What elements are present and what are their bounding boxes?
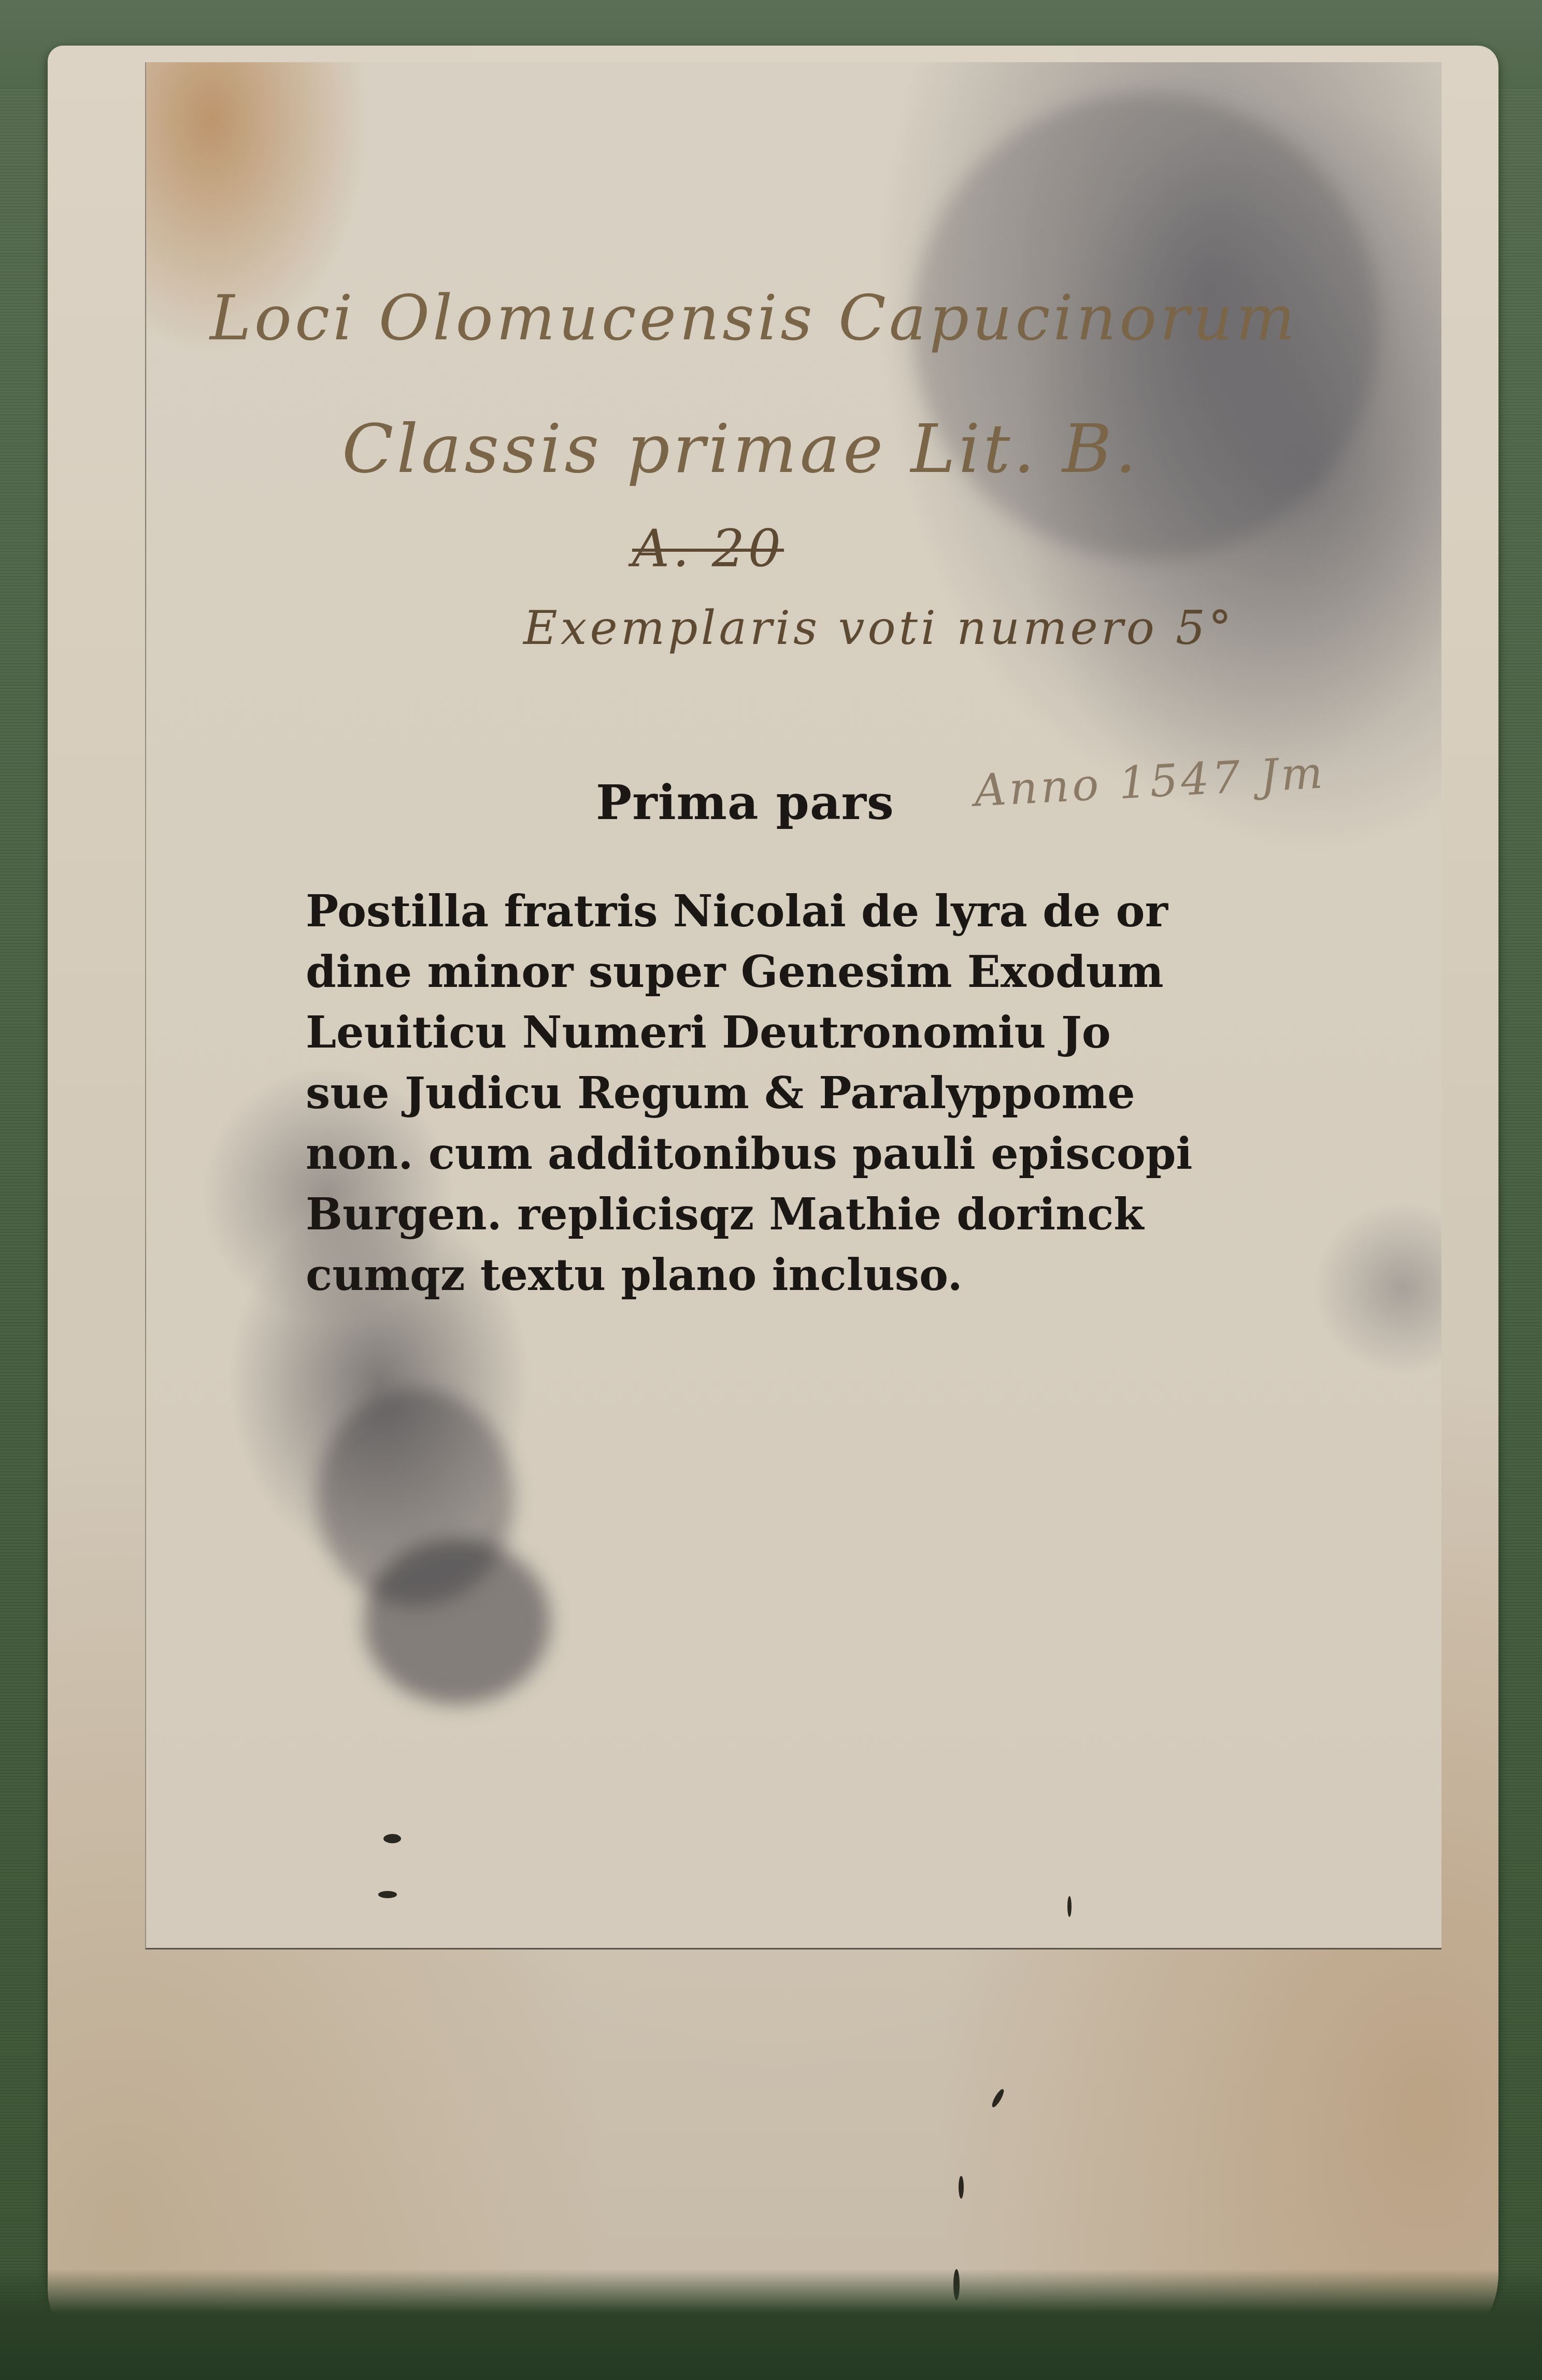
wormhole [1067,1896,1072,1917]
title-line: non. cum additonibus pauli episcopi [306,1123,1238,1184]
board-bottom-edge [0,2269,1542,2380]
title-line: Leuiticu Numeri Deutronomiu Jo [306,1002,1238,1063]
title-line: Postilla fratris Nicolai de lyra de or [306,881,1238,941]
struck-text: A. 20 [632,518,784,579]
title-line: sue Judicu Regum & Paralyppome [306,1063,1238,1123]
manuscript-struck-note: A. 20 [632,518,784,579]
wormhole [378,1891,397,1898]
title-line: Burgen. replicisqz Mathie dorinck [306,1184,1238,1244]
title-line: dine minor super Genesim Exodum [306,941,1238,1002]
wormhole [990,2088,1006,2109]
manuscript-exemplar-note: Exemplaris voti numero 5° [523,601,1235,655]
wormhole [959,2176,964,2199]
manuscript-ownership-note: Loci Olomucensis Capucinorum [210,282,1298,354]
printed-title-block: Postilla fratris Nicolai de lyra de or d… [306,881,1238,1305]
manuscript-class-note: Classis primae Lit. B. [342,409,1139,488]
title-line: cumqz textu plano incluso. [306,1244,1238,1305]
printed-heading: Prima pars [596,775,894,830]
annotations-layer: Loci Olomucensis Capucinorum Classis pri… [0,0,1542,2380]
manuscript-year-note: Anno 1547 Jm [973,747,1327,816]
wormhole [383,1834,401,1843]
